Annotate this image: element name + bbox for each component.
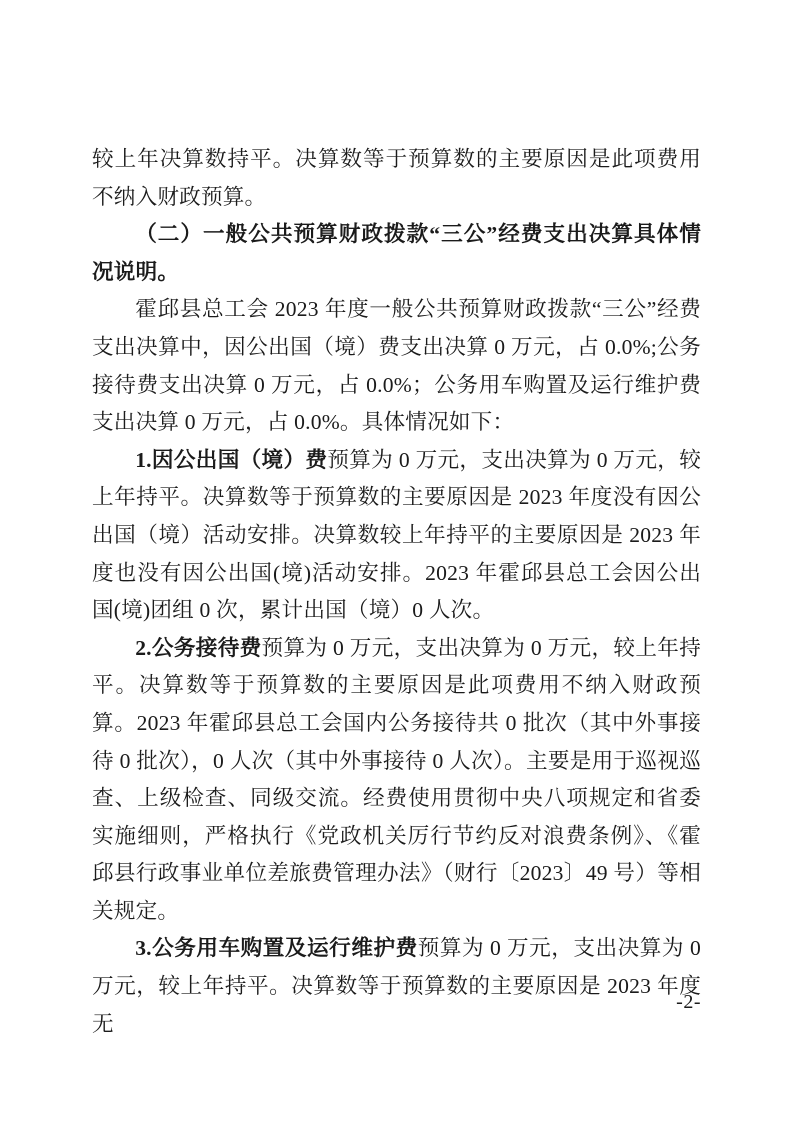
paragraph-overview: 霍邱县总工会 2023 年度一般公共预算财政拨款“三公”经费支出决算中，因公出国… bbox=[92, 291, 701, 441]
item-3-vehicle-expense: 3.公务用车购置及运行维护费预算为 0 万元，支出决算为 0 万元，较上年持平。… bbox=[92, 930, 701, 1043]
document-body: 较上年决算数持平。决算数等于预算数的主要原因是此项费用不纳入财政预算。（二）一般… bbox=[92, 141, 701, 1043]
bold-text-segment: 1.因公出国（境）费 bbox=[135, 448, 327, 472]
bold-text-segment: 3.公务用车购置及运行维护费 bbox=[135, 936, 418, 960]
item-1-abroad-expense: 1.因公出国（境）费预算为 0 万元，支出决算为 0 万元，较上年持平。决算数等… bbox=[92, 442, 701, 630]
text-segment: 霍邱县总工会 2023 年度一般公共预算财政拨款“三公”经费支出决算中，因公出国… bbox=[92, 297, 701, 434]
page-number: -2- bbox=[92, 991, 701, 1013]
text-segment: 预算为 0 万元，支出决算为 0 万元，较上年持平。决算数等于预算数的主要原因是… bbox=[92, 636, 701, 923]
paragraph-continuation: 较上年决算数持平。决算数等于预算数的主要原因是此项费用不纳入财政预算。 bbox=[92, 141, 701, 216]
heading-section-2: （二）一般公共预算财政拨款“三公”经费支出决算具体情况说明。 bbox=[92, 216, 701, 291]
item-2-reception-expense: 2.公务接待费预算为 0 万元，支出决算为 0 万元，较上年持平。决算数等于预算… bbox=[92, 630, 701, 931]
document-page: 较上年决算数持平。决算数等于预算数的主要原因是此项费用不纳入财政预算。（二）一般… bbox=[0, 0, 793, 1122]
text-segment: 预算为 0 万元，支出决算为 0 万元，较上年持平。决算数等于预算数的主要原因是… bbox=[92, 448, 701, 622]
bold-text-segment: （二）一般公共预算财政拨款“三公”经费支出决算具体情况说明。 bbox=[92, 222, 701, 284]
text-segment: 较上年决算数持平。决算数等于预算数的主要原因是此项费用不纳入财政预算。 bbox=[92, 147, 701, 209]
bold-text-segment: 2.公务接待费 bbox=[135, 636, 261, 660]
